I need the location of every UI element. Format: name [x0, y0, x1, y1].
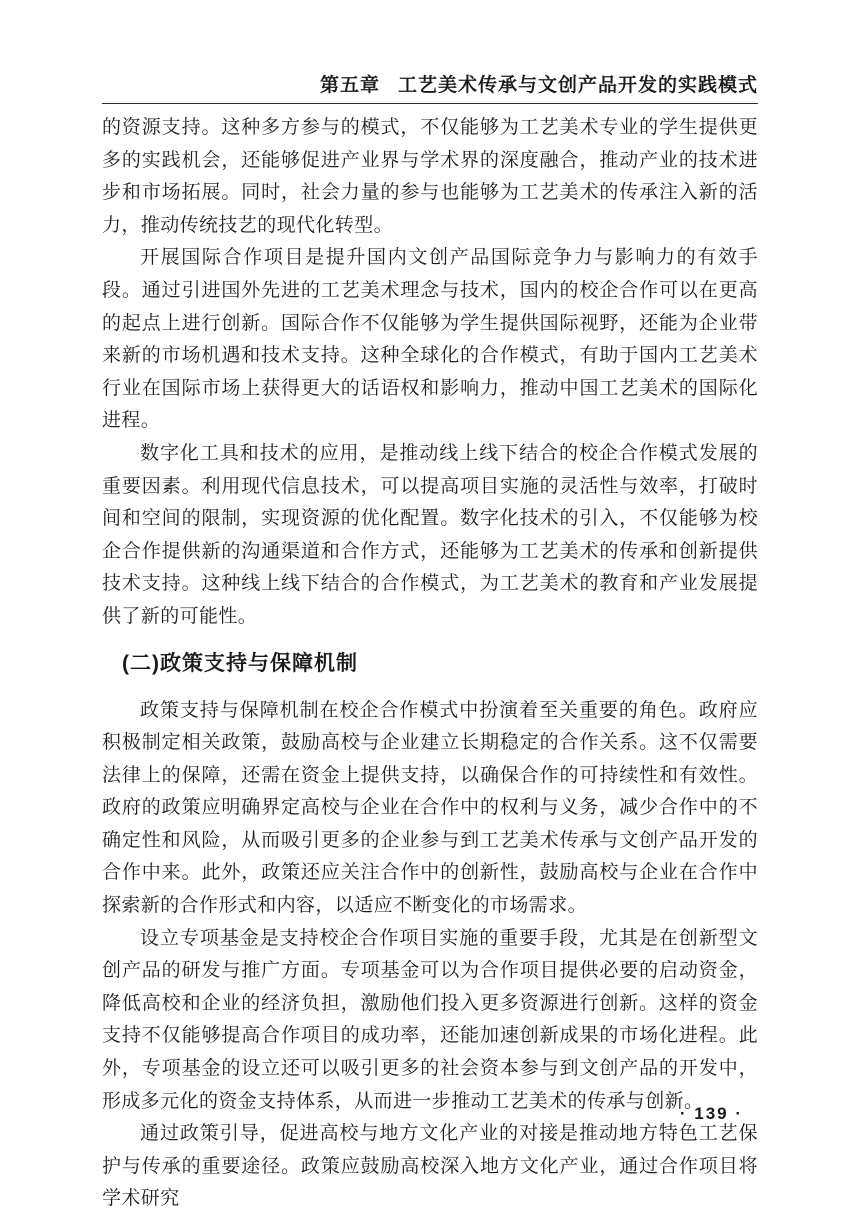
page-number: · 139 · — [680, 1104, 743, 1124]
running-header: 第五章工艺美术传承与文创产品开发的实践模式 — [102, 0, 758, 104]
paragraph: 通过政策引导，促进高校与地方文化产业的对接是推动地方特色工艺保护与传承的重要途径… — [102, 1118, 758, 1208]
paragraph: 开展国际合作项目是提升国内文创产品国际竞争力与影响力的有效手段。通过引进国外先进… — [102, 242, 758, 438]
page-body: 的资源支持。这种多方参与的模式，不仅能够为工艺美术专业的学生提供更多的实践机会，… — [102, 112, 758, 1208]
book-page: 第五章工艺美术传承与文创产品开发的实践模式 的资源支持。这种多方参与的模式，不仅… — [0, 0, 860, 1208]
chapter-title: 工艺美术传承与文创产品开发的实践模式 — [398, 75, 758, 96]
paragraph: 数字化工具和技术的应用，是推动线上线下结合的校企合作模式发展的重要因素。利用现代… — [102, 438, 758, 634]
section-heading: (二)政策支持与保障机制 — [102, 649, 758, 679]
chapter-label: 第五章 — [320, 75, 380, 96]
paragraph: 政策支持与保障机制在校企合作模式中扮演着至关重要的角色。政府应积极制定相关政策，… — [102, 695, 758, 923]
paragraph: 设立专项基金是支持校企合作项目实施的重要手段，尤其是在创新型文创产品的研发与推广… — [102, 923, 758, 1119]
paragraph: 的资源支持。这种多方参与的模式，不仅能够为工艺美术专业的学生提供更多的实践机会，… — [102, 112, 758, 242]
page-content: 第五章工艺美术传承与文创产品开发的实践模式 的资源支持。这种多方参与的模式，不仅… — [102, 0, 758, 1208]
